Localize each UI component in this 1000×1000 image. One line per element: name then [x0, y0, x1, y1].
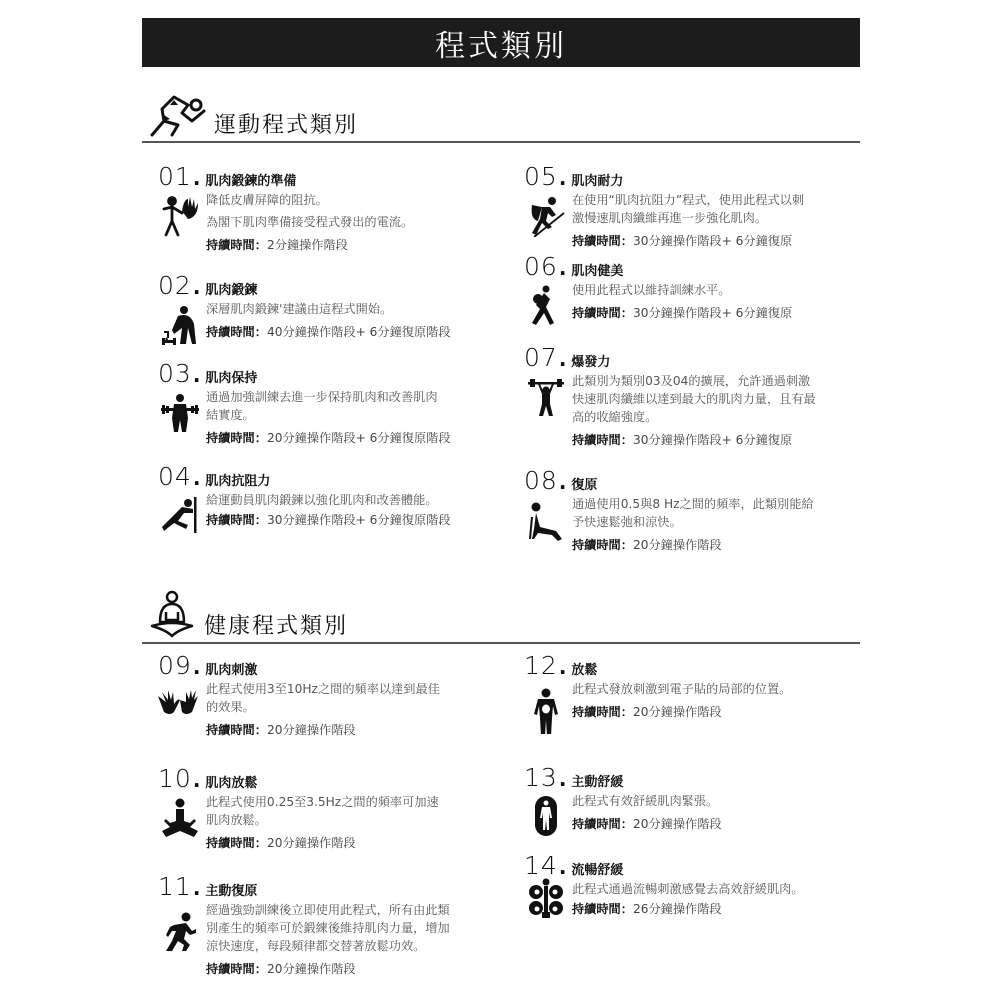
program-description: 降低皮膚屏障的阻抗。: [206, 191, 413, 209]
weightlifter-overhead-icon: [526, 376, 566, 418]
program-number: 03: [158, 359, 192, 388]
meditation-outline-icon: [148, 590, 196, 640]
program-name: 肌肉鍛鍊的準備: [205, 170, 296, 189]
section-title: 運動程式類別: [214, 108, 358, 139]
program-duration: 持續時間：40分鐘操作階段+ 6分鐘復原階段: [206, 323, 451, 341]
section-header-health: 健康程式類別: [142, 594, 860, 644]
program-duration: 持續時間：20分鐘操作階段: [572, 536, 814, 554]
program-description: 為閣下肌肉準備接受程式發出的電流。: [206, 213, 413, 231]
program-item-02: 02.肌肉鍛鍊 深層肌肉鍛鍊'建議由這程式開始。 持續時間：40分鐘操作階段+ …: [158, 271, 451, 341]
pushing-wall-icon: [160, 495, 200, 537]
program-item-05: 05.肌肉耐力 在使用“肌肉抗阻力”程式，使用此程式以刺激慢速肌肉纖維再進一步強…: [524, 162, 804, 250]
program-description: 涼快速度，每段頻律都交替著放鬆功效。: [206, 937, 450, 955]
program-description: 經過強勁訓練後立即使用此程式，所有由此類: [206, 901, 450, 919]
lotus-pose-icon: [160, 797, 200, 839]
program-description: 此程式通過流暢刺激感覺去高效舒緩肌肉。: [572, 880, 804, 898]
program-number: 08: [524, 466, 558, 495]
sprinter-outline-icon: [148, 91, 210, 139]
program-name: 流暢舒緩: [571, 859, 623, 878]
program-number: 05: [524, 162, 558, 191]
program-name: 主動舒緩: [571, 771, 623, 790]
program-description: 激慢速肌肉纖維再進一步強化肌肉。: [572, 209, 804, 227]
program-number: 10: [158, 764, 192, 793]
program-item-11: 11.主動復原 經過強勁訓練後立即使用此程式，所有由此類別產生的頻率可於鍛練後維…: [158, 872, 450, 978]
section-header-sports: 運動程式類別: [142, 93, 860, 143]
program-description: 此程式有效舒緩肌肉緊張。: [572, 792, 722, 810]
program-item-04: 04.肌肉抗阻力 給運動員肌肉鍛鍊以強化肌肉和改善體能。 持續時間：30分鐘操作…: [158, 462, 451, 529]
program-item-03: 03.肌肉保持 通過加強訓練去進一步保持肌肉和改善肌肉結實度。 持續時間：20分…: [158, 359, 451, 447]
program-number: 11: [158, 872, 192, 901]
program-description: 別產生的頻率可於鍛練後維持肌肉力量，增加: [206, 919, 450, 937]
program-name: 爆發力: [571, 351, 610, 370]
program-duration: 持續時間：20分鐘操作階段+ 6分鐘復原階段: [206, 429, 451, 447]
program-description: 此程式使用0.25至3.5Hz之間的頻率可加速: [206, 793, 439, 811]
program-description: 深層肌肉鍛鍊'建議由這程式開始。: [206, 300, 451, 318]
program-name: 復原: [571, 474, 597, 493]
program-item-06: 06.肌肉健美 使用此程式以維持訓練水平。 持續時間：30分鐘操作階段+ 6分鐘…: [524, 252, 792, 322]
divider: [142, 141, 860, 143]
program-item-13: 13.主動舒緩 此程式有效舒緩肌肉緊張。 持續時間：20分鐘操作階段: [524, 763, 722, 833]
program-item-10: 10.肌肉放鬆 此程式使用0.25至3.5Hz之間的頻率可加速肌肉放鬆。 持續時…: [158, 764, 439, 852]
program-duration: 持續時間：2分鐘操作階段: [206, 236, 413, 254]
program-number: 09: [158, 651, 192, 680]
program-name: 放鬆: [571, 659, 597, 678]
standing-body-icon: [526, 684, 566, 734]
lifting-dumbbell-icon: [160, 304, 200, 346]
program-name: 肌肉刺激: [205, 659, 257, 678]
program-duration: 持續時間：20分鐘操作階段: [206, 721, 440, 739]
program-item-08: 08.復原 通過使用0.5與8 Hz之間的頻率，此類別能給予快速鬆弛和涼快。 持…: [524, 466, 814, 554]
program-item-12: 12.放鬆 此程式發放刺激到電子貼的局部的位置。 持續時間：20分鐘操作階段: [524, 651, 791, 721]
divider: [142, 642, 860, 644]
program-number: 13: [524, 763, 558, 792]
page-banner: 程式類別: [142, 18, 860, 67]
program-duration: 持續時間：30分鐘操作階段+ 6分鐘復原: [572, 232, 804, 250]
body-in-capsule-icon: [526, 796, 566, 838]
program-duration: 持續時間：30分鐘操作階段+ 6分鐘復原: [572, 304, 792, 322]
program-description: 在使用“肌肉抗阻力”程式，使用此程式以刺: [572, 191, 804, 209]
program-description: 給運動員肌肉鍛鍊以強化肌肉和改善體能。: [206, 491, 451, 509]
program-number: 02: [158, 271, 192, 300]
program-number: 06: [524, 252, 558, 281]
program-item-14: 14.流暢舒緩 此程式通過流暢刺激感覺去高效舒緩肌肉。 持續時間：26分鐘操作階…: [524, 851, 804, 918]
program-description: 快速肌肉纖維以達到最大的肌肉力量，且有最: [572, 390, 816, 408]
program-name: 肌肉保持: [205, 367, 257, 386]
program-item-07: 07.爆發力 此類別为類別03及04的擴展，允許通過刺激快速肌肉纖維以達到最大的…: [524, 343, 816, 449]
program-description: 通過加強訓練去進一步保持肌肉和改善肌肉: [206, 388, 451, 406]
program-name: 主動復原: [205, 880, 257, 899]
program-number: 01: [158, 162, 192, 191]
program-description: 此程式發放刺激到電子貼的局部的位置。: [572, 680, 791, 698]
page-title: 程式類別: [435, 21, 567, 65]
program-number: 07: [524, 343, 558, 372]
program-name: 肌肉健美: [571, 260, 623, 279]
person-hand-icon: [160, 195, 200, 237]
program-item-09: 09.肌肉刺激 此程式使用3至10Hz之間的頻率以達到最佳的效果。 持續時間：2…: [158, 651, 440, 739]
program-duration: 持續時間：20分鐘操作階段: [572, 815, 722, 833]
program-description: 予快速鬆弛和涼快。: [572, 513, 814, 531]
program-duration: 持續時間：30分鐘操作階段+ 6分鐘復原: [572, 431, 816, 449]
ball-throw-icon: [526, 285, 566, 327]
program-description: 結實度。: [206, 406, 451, 424]
program-description: 高的收縮強度。: [572, 408, 816, 426]
program-name: 肌肉放鬆: [205, 772, 257, 791]
two-hands-icon: [156, 684, 200, 726]
program-description: 使用此程式以維持訓練水平。: [572, 281, 792, 299]
hiker-climbing-icon: [526, 195, 566, 237]
running-person-icon: [160, 911, 200, 953]
program-description: 通過使用0.5與8 Hz之間的頻率，此類別能給: [572, 495, 814, 513]
program-description: 的效果。: [206, 698, 440, 716]
program-name: 肌肉耐力: [571, 170, 623, 189]
flowing-figure-icon: [526, 878, 566, 920]
program-duration: 持續時間：30分鐘操作階段+ 6分鐘復原階段: [206, 511, 451, 529]
program-item-01: 01.肌肉鍛鍊的準備 降低皮膚屏障的阻抗。為閣下肌肉準備接受程式發出的電流。 持…: [158, 162, 413, 254]
program-name: 肌肉抗阻力: [205, 470, 270, 489]
program-number: 04: [158, 462, 192, 491]
program-duration: 持續時間：26分鐘操作階段: [572, 900, 804, 918]
section-title: 健康程式類別: [204, 609, 348, 640]
program-description: 此程式使用3至10Hz之間的頻率以達到最佳: [206, 680, 440, 698]
program-number: 12: [524, 651, 558, 680]
program-duration: 持續時間：20分鐘操作階段: [572, 703, 791, 721]
program-description: 肌肉放鬆。: [206, 811, 439, 829]
program-duration: 持續時間：20分鐘操作階段: [206, 960, 450, 978]
program-description: 此類別为類別03及04的擴展，允許通過刺激: [572, 372, 816, 390]
barbell-curl-icon: [160, 392, 200, 434]
program-number: 14: [524, 851, 558, 880]
program-duration: 持續時間：20分鐘操作階段: [206, 834, 439, 852]
program-name: 肌肉鍛鍊: [205, 279, 257, 298]
reclining-person-icon: [526, 499, 566, 541]
